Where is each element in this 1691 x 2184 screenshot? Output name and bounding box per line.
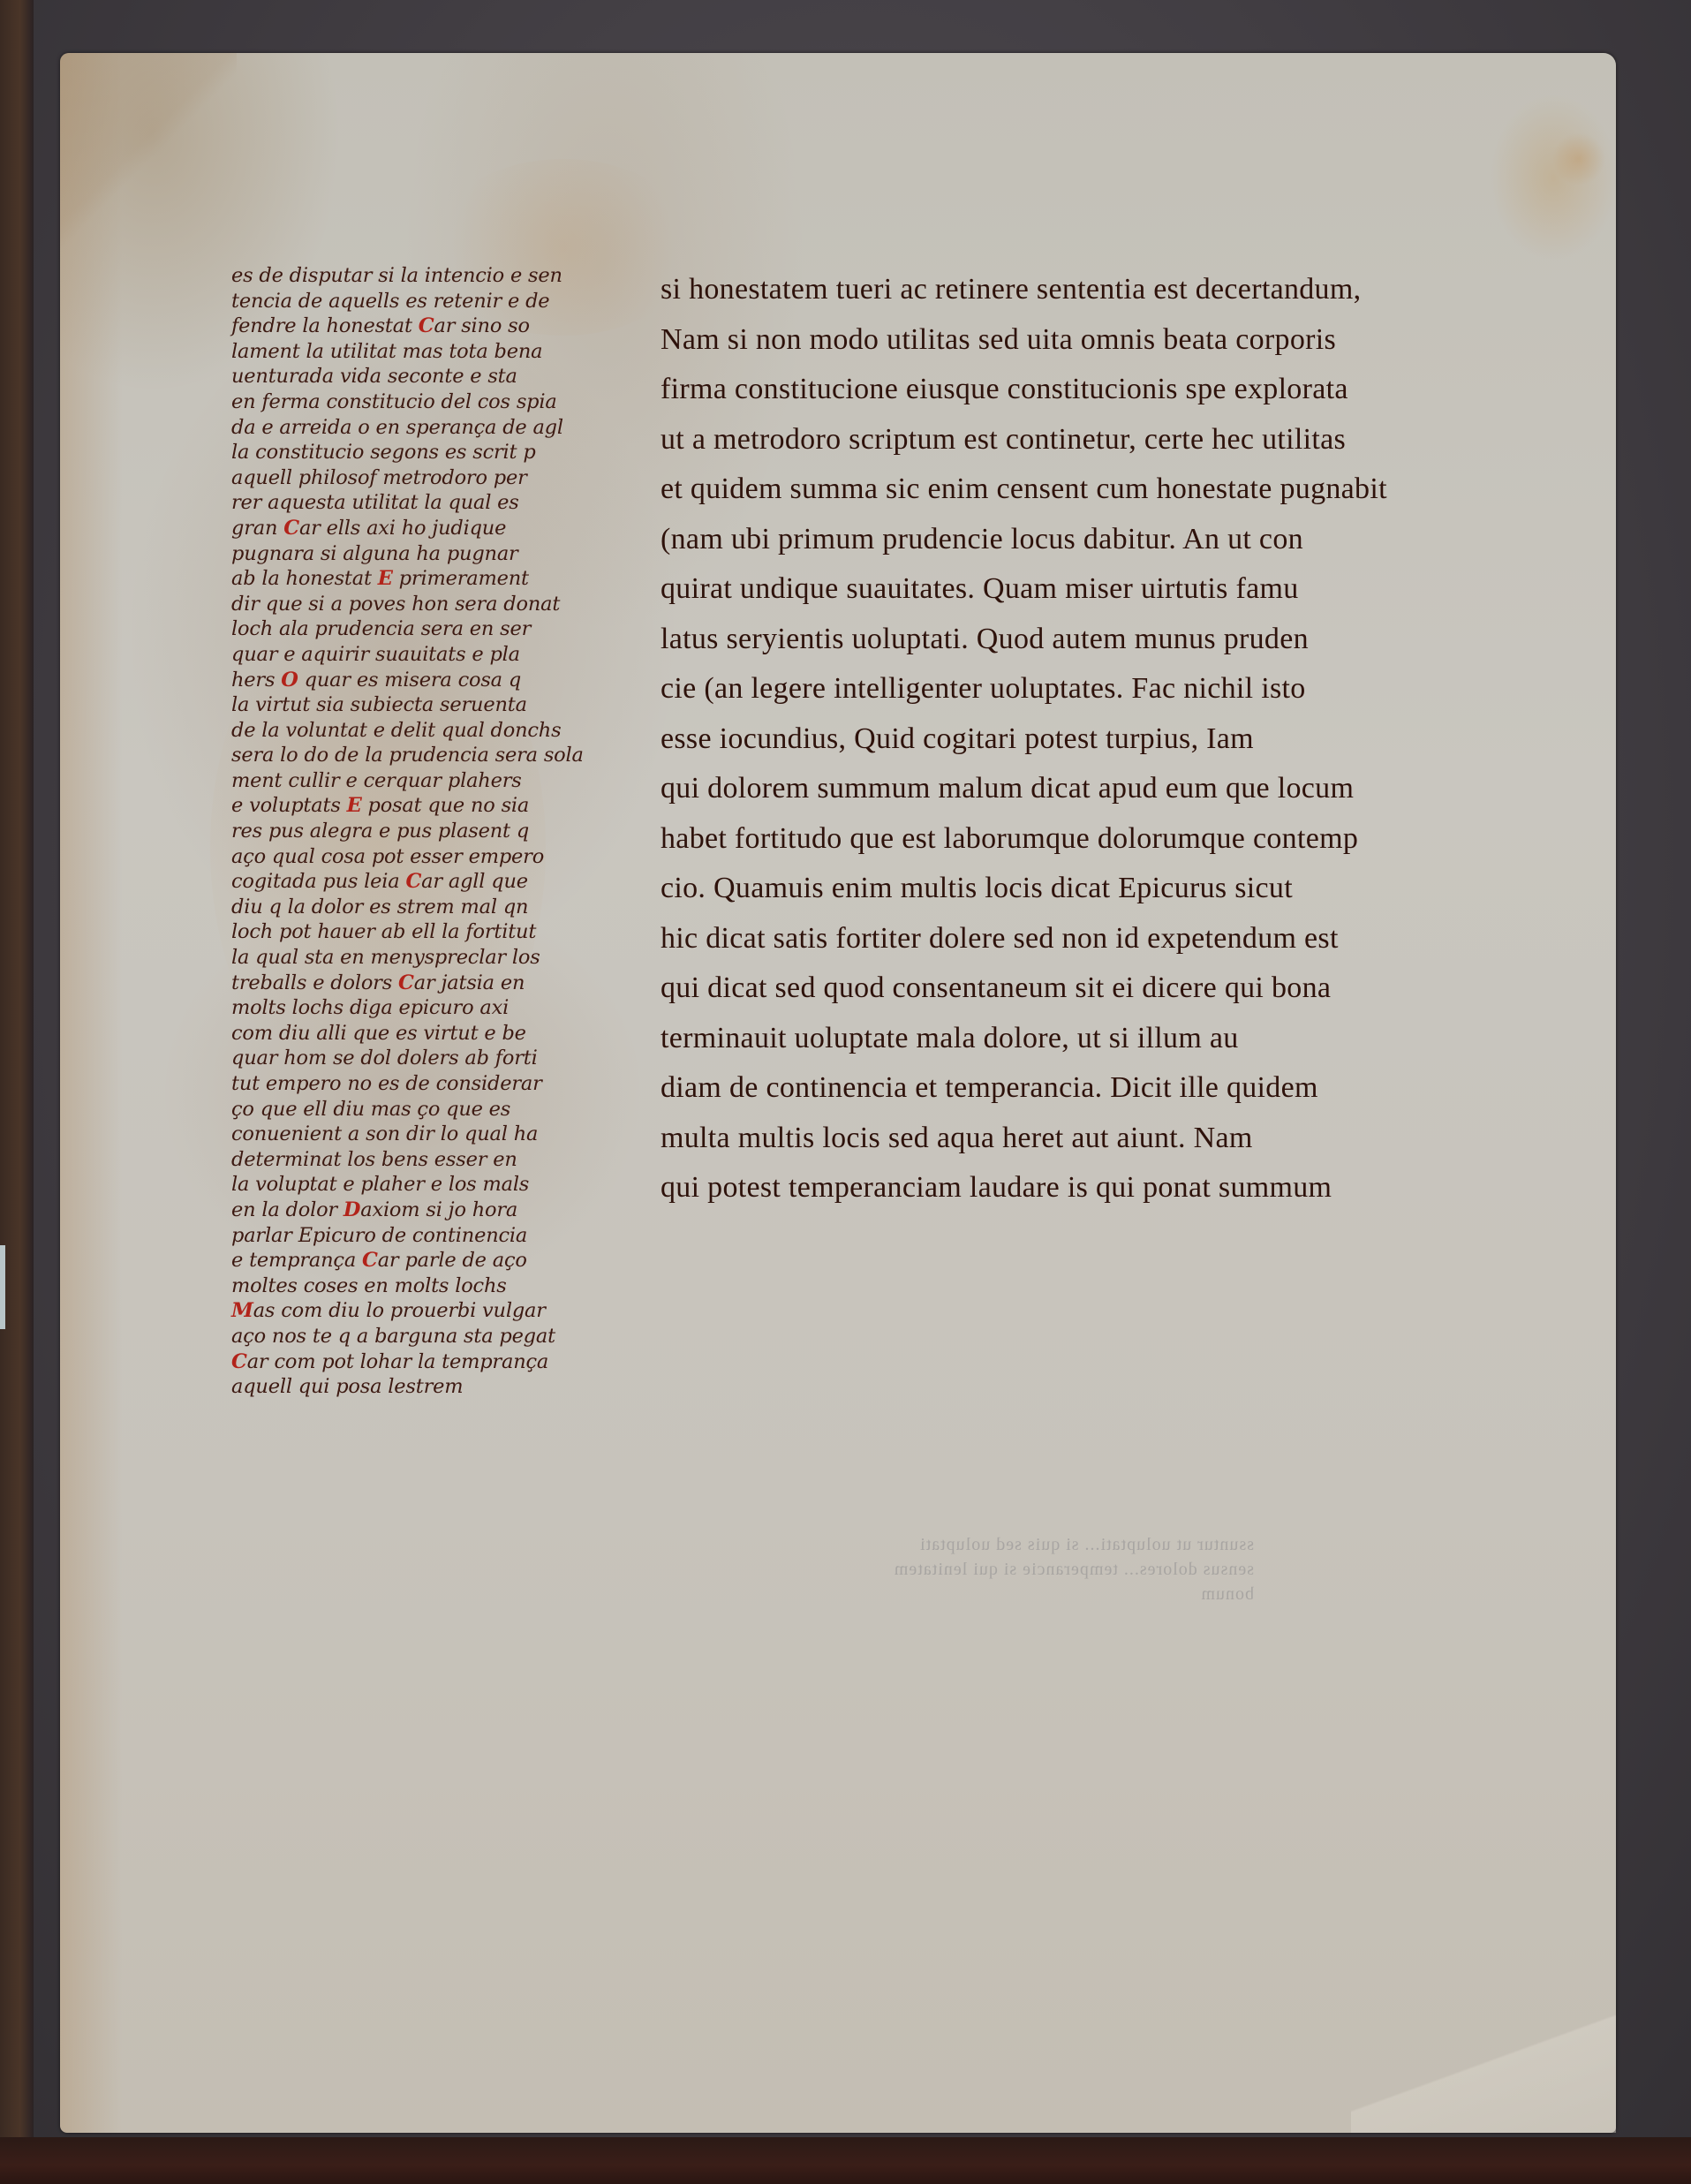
latin-line: si honestatem tueri ac retinere sententi… bbox=[661, 265, 1438, 315]
line-text: ar ells axi ho judique bbox=[299, 517, 506, 540]
gloss-line: res pus alegra e pus plasent q bbox=[231, 819, 638, 844]
gloss-line: cogitada pus leia Car agll que bbox=[231, 869, 638, 895]
gloss-line: ment cullir e cerquar plahers bbox=[231, 768, 638, 794]
line-text: en ferma constitucio del cos spia bbox=[231, 390, 557, 413]
gloss-line: rer aquesta utilitat la qual es bbox=[231, 490, 638, 516]
gloss-line: da e arreida o en sperança de agl bbox=[231, 415, 638, 441]
latin-line: multa multis locis sed aqua heret aut ai… bbox=[661, 1114, 1438, 1164]
latin-line: (nam ubi primum prudencie locus dabitur.… bbox=[661, 515, 1438, 565]
gloss-line: lament la utilitat mas tota bena bbox=[231, 339, 638, 365]
gloss-line: ço que ell diu mas ço que es bbox=[231, 1097, 638, 1122]
line-text: aquell qui posa lestrem bbox=[231, 1375, 463, 1398]
main-column-latin: si honestatem tueri ac retinere sententi… bbox=[661, 265, 1438, 1213]
line-text: as com diu lo prouerbi vulgar bbox=[253, 1299, 546, 1322]
line-text: rer aquesta utilitat la qual es bbox=[231, 491, 519, 514]
gloss-line: de la voluntat e delit qual donchs bbox=[231, 718, 638, 744]
gloss-line: la virtut sia subiecta seruenta bbox=[231, 692, 638, 718]
gloss-line: sera lo do de la prudencia sera sola bbox=[231, 743, 638, 768]
gloss-column-catalan: es de disputar si la intencio e sentenci… bbox=[231, 263, 638, 1400]
gloss-line: molts lochs diga epicuro axi bbox=[231, 995, 638, 1021]
line-text: e voluptats bbox=[231, 794, 347, 817]
latin-line: terminauit uoluptate mala dolore, ut si … bbox=[661, 1014, 1438, 1064]
latin-line: cie (an legere intelligenter uoluptates.… bbox=[661, 664, 1438, 714]
foxing-stain bbox=[1552, 132, 1605, 185]
gloss-line: dir que si a poves hon sera donat bbox=[231, 592, 638, 617]
line-text: la qual sta en menyspreclar los bbox=[231, 946, 540, 969]
gloss-line: conuenient a son dir lo qual ha bbox=[231, 1122, 638, 1147]
line-text: loch ala prudencia sera en ser bbox=[231, 617, 531, 640]
gloss-line: tut empero no es de considerar bbox=[231, 1071, 638, 1097]
line-text: treballs e dolors bbox=[231, 971, 398, 994]
line-text: res pus alegra e pus plasent q bbox=[231, 820, 529, 843]
line-text: ar sino so bbox=[434, 314, 529, 337]
backdrop-frame-bottom bbox=[0, 2137, 1691, 2184]
line-text: aço nos te q a barguna sta pegat bbox=[231, 1325, 555, 1348]
line-text: hers bbox=[231, 669, 281, 691]
gloss-line: e voluptats E posat que no sia bbox=[231, 793, 638, 819]
latin-line: latus serуientis uoluptati. Quod autem m… bbox=[661, 615, 1438, 665]
line-text: loch pot hauer ab ell la fortitut bbox=[231, 920, 536, 943]
gloss-line: treballs e dolors Car jatsia en bbox=[231, 971, 638, 996]
line-text: posat que no sia bbox=[362, 794, 530, 817]
line-text: aquell philosof metrodoro per bbox=[231, 466, 527, 489]
latin-line: quirat undique suauitates. Quam miser ui… bbox=[661, 564, 1438, 615]
gloss-line: Car com pot lohar la temprança bbox=[231, 1349, 638, 1375]
line-text: conuenient a son dir lo qual ha bbox=[231, 1122, 538, 1145]
gloss-line: fendre la honestat Car sino so bbox=[231, 314, 638, 339]
gloss-line: la constitucio segons es scrit p bbox=[231, 440, 638, 465]
gloss-line: aquell philosof metrodoro per bbox=[231, 465, 638, 491]
catalog-label-edge bbox=[0, 1245, 5, 1329]
line-text: quar e aquirir suauitats e pla bbox=[231, 643, 520, 666]
gloss-line: pugnara si alguna ha pugnar bbox=[231, 541, 638, 567]
gloss-line: Mas com diu lo prouerbi vulgar bbox=[231, 1298, 638, 1324]
latin-line: Nam si non modo utilitas sed uita omnis … bbox=[661, 315, 1438, 366]
line-text: aço qual cosa pot esser empero bbox=[231, 845, 544, 868]
gloss-line: la voluptat e plaher e los mals bbox=[231, 1172, 638, 1198]
line-text: parlar Epicuro de continencia bbox=[231, 1224, 527, 1247]
bleed-line: sensus dolores... temperancie si qui len… bbox=[618, 1557, 1254, 1582]
rubricated-initial: E bbox=[378, 567, 393, 590]
latin-line: hic dicat satis fortiter dolere sed non … bbox=[661, 914, 1438, 964]
gloss-line: en ferma constitucio del cos spia bbox=[231, 389, 638, 415]
gloss-line: gran Car ells axi ho judique bbox=[231, 516, 638, 541]
line-text: diu q la dolor es strem mal qn bbox=[231, 896, 528, 918]
line-text: gran bbox=[231, 517, 283, 540]
line-text: quar hom se dol dolers ab forti bbox=[231, 1047, 538, 1069]
gloss-line: aquell qui posa lestrem bbox=[231, 1374, 638, 1400]
rubricated-initial: C bbox=[398, 971, 414, 994]
line-text: sera lo do de la prudencia sera sola bbox=[231, 744, 584, 767]
line-text: axiom si jo hora bbox=[360, 1198, 517, 1221]
line-text: ar agll que bbox=[421, 870, 528, 893]
line-text: ar jatsia en bbox=[414, 971, 525, 994]
gloss-line: en la dolor Daxiom si jo hora bbox=[231, 1198, 638, 1223]
latin-line: qui dolorem summum malum dicat apud eum … bbox=[661, 764, 1438, 814]
bleed-through-text: ssuntur ut uoluptati... si quis sed uolu… bbox=[618, 1532, 1254, 1606]
line-text: de la voluntat e delit qual donchs bbox=[231, 719, 561, 742]
rubricated-initial: M bbox=[231, 1299, 253, 1322]
rubricated-initial: E bbox=[347, 794, 362, 817]
bleed-line: ssuntur ut uoluptati... si quis sed uolu… bbox=[618, 1532, 1254, 1557]
line-text: ment cullir e cerquar plahers bbox=[231, 769, 522, 792]
line-text: molts lochs diga epicuro axi bbox=[231, 996, 509, 1019]
rubricated-initial: D bbox=[343, 1198, 360, 1221]
latin-line: ut a metrodoro scriptum est continetur, … bbox=[661, 415, 1438, 465]
bleed-line: bonum bbox=[618, 1582, 1254, 1606]
gloss-line: la qual sta en menyspreclar los bbox=[231, 945, 638, 971]
latin-line: firma constitucione eiusque constitucion… bbox=[661, 365, 1438, 415]
line-text: tut empero no es de considerar bbox=[231, 1072, 542, 1095]
gloss-line: quar e aquirir suauitats e pla bbox=[231, 642, 638, 668]
line-text: la constitucio segons es scrit p bbox=[231, 441, 536, 464]
latin-line: qui potest temperanciam laudare is qui p… bbox=[661, 1163, 1438, 1213]
line-text: e temprança bbox=[231, 1249, 362, 1272]
latin-line: et quidem summa sic enim censent cum hon… bbox=[661, 465, 1438, 515]
line-text: la virtut sia subiecta seruenta bbox=[231, 693, 527, 716]
gloss-line: moltes coses en molts lochs bbox=[231, 1273, 638, 1299]
gloss-line: es de disputar si la intencio e sen bbox=[231, 263, 638, 289]
gloss-line: diu q la dolor es strem mal qn bbox=[231, 895, 638, 920]
line-text: quar es misera cosa q bbox=[298, 669, 521, 691]
gloss-line: loch ala prudencia sera en ser bbox=[231, 616, 638, 642]
folded-corner bbox=[1351, 1991, 1616, 2133]
line-text: da e arreida o en sperança de agl bbox=[231, 416, 563, 439]
gloss-line: tencia de aquells es retenir e de bbox=[231, 289, 638, 314]
line-text: ço que ell diu mas ço que es bbox=[231, 1098, 510, 1121]
line-text: en la dolor bbox=[231, 1198, 343, 1221]
gloss-line: parlar Epicuro de continencia bbox=[231, 1223, 638, 1249]
line-text: moltes coses en molts lochs bbox=[231, 1274, 507, 1297]
gloss-line: uenturada vida seconte e sta bbox=[231, 364, 638, 389]
latin-line: qui dicat sed quod consentaneum sit ei d… bbox=[661, 964, 1438, 1014]
gloss-line: quar hom se dol dolers ab forti bbox=[231, 1046, 638, 1071]
line-text: ab la honestat bbox=[231, 567, 378, 590]
rubricated-initial: C bbox=[231, 1350, 247, 1373]
rubricated-initial: O bbox=[281, 669, 298, 691]
line-text: tencia de aquells es retenir e de bbox=[231, 290, 549, 313]
gloss-line: aço qual cosa pot esser empero bbox=[231, 844, 638, 870]
gloss-line: com diu alli que es virtut e be bbox=[231, 1021, 638, 1047]
line-text: ar parle de aço bbox=[378, 1249, 527, 1272]
rubricated-initial: C bbox=[419, 314, 434, 337]
latin-line: habet fortitudo que est laborumque dolor… bbox=[661, 814, 1438, 865]
gloss-line: aço nos te q a barguna sta pegat bbox=[231, 1324, 638, 1349]
latin-line: esse iocundius, Quid cogitari potest tur… bbox=[661, 714, 1438, 765]
rubricated-initial: C bbox=[362, 1249, 378, 1272]
gloss-line: loch pot hauer ab ell la fortitut bbox=[231, 919, 638, 945]
gloss-line: ab la honestat E primerament bbox=[231, 566, 638, 592]
rubricated-initial: C bbox=[405, 870, 421, 893]
line-text: primerament bbox=[393, 567, 529, 590]
line-text: com diu alli que es virtut e be bbox=[231, 1022, 526, 1045]
line-text: determinat los bens esser en bbox=[231, 1148, 517, 1171]
line-text: pugnara si alguna ha pugnar bbox=[231, 542, 518, 565]
gloss-line: determinat los bens esser en bbox=[231, 1147, 638, 1173]
line-text: la voluptat e plaher e los mals bbox=[231, 1173, 529, 1196]
line-text: lament la utilitat mas tota bena bbox=[231, 340, 542, 363]
gloss-line: hers O quar es misera cosa q bbox=[231, 668, 638, 693]
latin-line: cio. Quamuis enim multis locis dicat Epi… bbox=[661, 864, 1438, 914]
line-text: uenturada vida seconte e sta bbox=[231, 365, 517, 388]
latin-line: diam de continencia et temperancia. Dici… bbox=[661, 1063, 1438, 1114]
rubricated-initial: C bbox=[283, 517, 299, 540]
line-text: es de disputar si la intencio e sen bbox=[231, 264, 562, 287]
line-text: cogitada pus leia bbox=[231, 870, 405, 893]
line-text: fendre la honestat bbox=[231, 314, 419, 337]
line-text: dir que si a poves hon sera donat bbox=[231, 593, 560, 616]
backdrop-frame-left bbox=[0, 0, 34, 2184]
line-text: ar com pot lohar la temprança bbox=[247, 1350, 548, 1373]
gloss-line: e temprança Car parle de aço bbox=[231, 1248, 638, 1273]
